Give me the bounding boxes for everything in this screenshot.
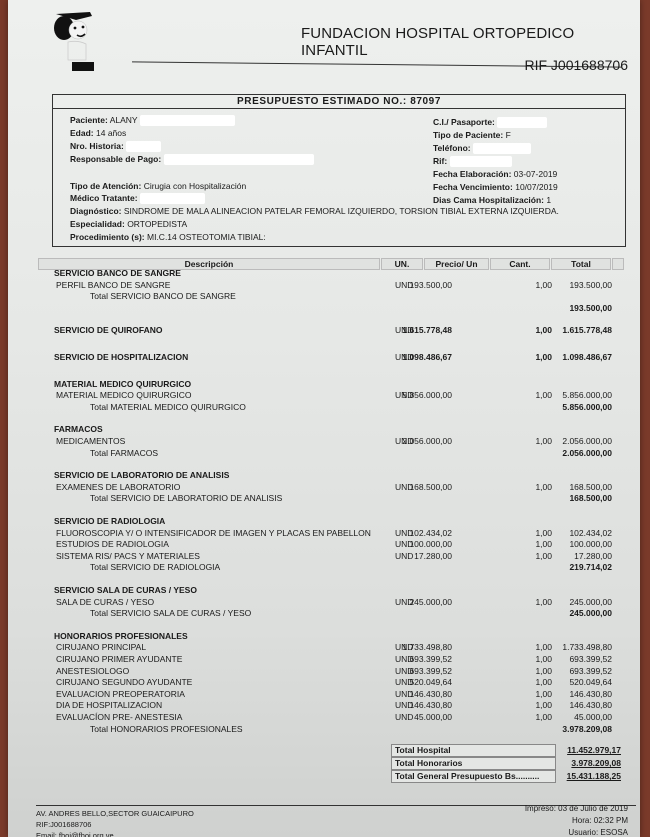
field-procedimiento: Procedimiento (s): MI.C.14 OSTEOTOMIA TI… xyxy=(70,232,266,242)
cell-qty: 1,00 xyxy=(535,539,552,550)
cell-desc: Total SERVICIO DE RADIOLOGIA xyxy=(90,562,220,573)
cell-price: 168.500,00 xyxy=(409,482,452,493)
total-honorarios-value: 3.978.209,08 xyxy=(559,757,621,769)
subtotal-row: Total FARMACOS2.056.000,00 xyxy=(8,448,640,459)
table-row: SALA DE CURAS / YESOUND245.000,001,00245… xyxy=(8,597,640,608)
table-row: FLUOROSCOPIA Y/ O INTENSIFICADOR DE IMAG… xyxy=(8,528,640,539)
cell-total: 168.500,00 xyxy=(569,493,612,504)
section-header: FARMACOS xyxy=(8,424,640,435)
cell-total: 2.056.000,00 xyxy=(562,436,612,447)
cell-qty: 1,00 xyxy=(535,677,552,688)
cell-price: 146.430,80 xyxy=(409,700,452,711)
cell-un: UND xyxy=(395,551,413,562)
cell-desc: Total HONORARIOS PROFESIONALES xyxy=(90,724,243,735)
cell-total: 1.733.498,80 xyxy=(562,642,612,653)
cell-desc: EVALUACÍON PRE- ANESTESIA xyxy=(56,712,182,723)
cell-qty: 1,00 xyxy=(535,482,552,493)
cell-desc: DIA DE HOSPITALIZACION xyxy=(56,700,162,711)
cell-price: 45.000,00 xyxy=(414,712,452,723)
cell-price: 100.000,00 xyxy=(409,539,452,550)
cell-desc: Total SERVICIO SALA DE CURAS / YESO xyxy=(90,608,251,619)
cell-desc: SERVICIO DE LABORATORIO DE ANALISIS xyxy=(54,470,229,481)
subtotal-value-row: 193.500,00 xyxy=(8,303,640,314)
cell-total: 520.049,64 xyxy=(569,677,612,688)
cell-desc: Total MATERIAL MEDICO QUIRURGICO xyxy=(90,402,246,413)
cell-qty: 1,00 xyxy=(535,654,552,665)
field-fecha-vencimiento: Fecha Vencimiento: 10/07/2019 xyxy=(433,182,558,192)
section-header: HONORARIOS PROFESIONALES xyxy=(8,631,640,642)
cell-qty: 1,00 xyxy=(535,528,552,539)
cell-desc: Total FARMACOS xyxy=(90,448,158,459)
section-header: SERVICIO DE LABORATORIO DE ANALISIS xyxy=(8,470,640,481)
cell-desc: MEDICAMENTOS xyxy=(56,436,125,447)
cell-total: 245.000,00 xyxy=(569,608,612,619)
cell-price: 193.500,00 xyxy=(409,280,452,291)
footer-usuario: Usuario: ESOSA xyxy=(568,828,628,837)
cell-total: 146.430,80 xyxy=(569,689,612,700)
section-header: SERVICIO BANCO DE SANGRE xyxy=(8,268,640,279)
field-diagnostico: Diagnóstico: SINDROME DE MALA ALINEACION… xyxy=(70,206,559,216)
cell-desc: PERFIL BANCO DE SANGRE xyxy=(56,280,170,291)
mascot-logo-icon xyxy=(48,8,108,80)
field-tipo-atencion: Tipo de Atención: Cirugia con Hospitaliz… xyxy=(70,181,246,191)
cell-total: 1.615.778,48 xyxy=(562,325,612,336)
cell-un: UND xyxy=(395,712,413,723)
section-line-item: SERVICIO DE HOSPITALIZACIONUND1.098.486,… xyxy=(8,352,640,363)
cell-price: 520.049,64 xyxy=(409,677,452,688)
cell-qty: 1,00 xyxy=(535,597,552,608)
field-paciente: Paciente: ALANY xyxy=(70,115,235,126)
redacted-block xyxy=(140,115,235,126)
table-row: EVALUACION PREOPERATORIAUND146.430,801,0… xyxy=(8,689,640,700)
cell-total: 193.500,00 xyxy=(569,280,612,291)
field-dias-cama: Dias Cama Hospitalización: 1 xyxy=(433,195,551,205)
table-row: SISTEMA RIS/ PACS Y MATERIALESUND17.280,… xyxy=(8,551,640,562)
subtotal-row: Total MATERIAL MEDICO QUIRURGICO5.856.00… xyxy=(8,402,640,413)
total-general-value: 15.431.188,25 xyxy=(559,770,621,782)
field-fecha-elaboracion: Fecha Elaboración: 03-07-2019 xyxy=(433,169,557,179)
cell-desc: EXAMENES DE LABORATORIO xyxy=(56,482,180,493)
section-header: MATERIAL MEDICO QUIRURGICO xyxy=(8,379,640,390)
cell-qty: 1,00 xyxy=(535,352,552,363)
footer-impreso: Impreso: 03 de Julio de 2019 xyxy=(525,804,628,813)
cell-total: 693.399,52 xyxy=(569,654,612,665)
field-edad: Edad: 14 años xyxy=(70,128,126,138)
field-rif: Rif: xyxy=(433,156,512,167)
redacted-block xyxy=(473,143,531,154)
footer-rif: RIF:J001688706 xyxy=(36,820,91,829)
table-row: DIA DE HOSPITALIZACIONUND146.430,801,001… xyxy=(8,700,640,711)
cell-qty: 1,00 xyxy=(535,280,552,291)
cell-qty: 1,00 xyxy=(535,700,552,711)
cell-desc: SERVICIO DE RADIOLOGIA xyxy=(54,516,165,527)
cell-qty: 1,00 xyxy=(535,390,552,401)
cell-qty: 1,00 xyxy=(535,551,552,562)
cell-total: 5.856.000,00 xyxy=(562,390,612,401)
footer-email: Email: fhoi@fhoi.org.ve xyxy=(36,831,114,837)
budget-document: FUNDACION HOSPITAL ORTOPEDICO INFANTIL R… xyxy=(8,0,640,837)
cell-desc: SERVICIO BANCO DE SANGRE xyxy=(54,268,181,279)
table-row: EXAMENES DE LABORATORIOUND168.500,001,00… xyxy=(8,482,640,493)
cell-price: 2.056.000,00 xyxy=(402,436,452,447)
footer-hora: Hora: 02:32 PM xyxy=(572,816,628,825)
field-medico: Médico Tratante: xyxy=(70,193,205,204)
institution-rif: RIF J001688706 xyxy=(524,57,628,73)
cell-total: 168.500,00 xyxy=(569,482,612,493)
cell-qty: 1,00 xyxy=(535,689,552,700)
cell-price: 693.399,52 xyxy=(409,654,452,665)
cell-price: 5.856.000,00 xyxy=(402,390,452,401)
cell-total: 17.280,00 xyxy=(574,551,612,562)
subtotal-row: Total HONORARIOS PROFESIONALES3.978.209,… xyxy=(8,724,640,735)
subtotal-row: Total SERVICIO DE RADIOLOGIA219.714,02 xyxy=(8,562,640,573)
table-row: CIRUJANO PRINCIPALUND1.733.498,801,001.7… xyxy=(8,642,640,653)
section-header: SERVICIO DE RADIOLOGIA xyxy=(8,516,640,527)
document-title: PRESUPUESTO ESTIMADO NO.: 87097 xyxy=(52,94,626,109)
cell-desc: SERVICIO SALA DE CURAS / YESO xyxy=(54,585,197,596)
table-row: ESTUDIOS DE RADIOLOGIAUND100.000,001,001… xyxy=(8,539,640,550)
cell-desc: SISTEMA RIS/ PACS Y MATERIALES xyxy=(56,551,200,562)
cell-desc: ANESTESIOLOGO xyxy=(56,666,129,677)
cell-desc: CIRUJANO SEGUNDO AYUDANTE xyxy=(56,677,192,688)
cell-total: 100.000,00 xyxy=(569,539,612,550)
cell-total: 2.056.000,00 xyxy=(562,448,612,459)
subtotal-row: Total SERVICIO BANCO DE SANGRE xyxy=(8,291,640,302)
cell-total: 1.098.486,67 xyxy=(562,352,612,363)
field-telefono: Teléfono: xyxy=(433,143,531,154)
cell-price: 1.615.778,48 xyxy=(402,325,452,336)
cell-desc: EVALUACION PREOPERATORIA xyxy=(56,689,185,700)
subtotal-row: Total SERVICIO DE LABORATORIO DE ANALISI… xyxy=(8,493,640,504)
cell-desc: MATERIAL MEDICO QUIRURGICO xyxy=(56,390,192,401)
redacted-block xyxy=(450,156,512,167)
cell-desc: FARMACOS xyxy=(54,424,103,435)
redacted-block xyxy=(497,117,547,128)
cell-desc: FLUOROSCOPIA Y/ O INTENSIFICADOR DE IMAG… xyxy=(56,528,371,539)
table-row: CIRUJANO SEGUNDO AYUDANTEUND520.049,641,… xyxy=(8,677,640,688)
cell-desc: HONORARIOS PROFESIONALES xyxy=(54,631,188,642)
cell-qty: 1,00 xyxy=(535,666,552,677)
cell-price: 146.430,80 xyxy=(409,689,452,700)
subtotal-row: Total SERVICIO SALA DE CURAS / YESO245.0… xyxy=(8,608,640,619)
cell-total: 102.434,02 xyxy=(569,528,612,539)
cell-price: 1.098.486,67 xyxy=(402,352,452,363)
cell-price: 17.280,00 xyxy=(414,551,452,562)
patient-info-box: Paciente: ALANY Edad: 14 años Nro. Histo… xyxy=(52,108,626,247)
institution-name: FUNDACION HOSPITAL ORTOPEDICO INFANTIL xyxy=(301,25,640,59)
cell-qty: 1,00 xyxy=(535,642,552,653)
field-especialidad: Especialidad: ORTOPEDISTA xyxy=(70,219,187,229)
cell-desc: Total SERVICIO BANCO DE SANGRE xyxy=(90,291,236,302)
cell-total: 219.714,02 xyxy=(569,562,612,573)
cell-total: 693.399,52 xyxy=(569,666,612,677)
cell-total: 45.000,00 xyxy=(574,712,612,723)
table-row: PERFIL BANCO DE SANGREUND193.500,001,001… xyxy=(8,280,640,291)
footer-address: AV. ANDRES BELLO,SECTOR GUAICAIPURO xyxy=(36,809,194,818)
cell-total: 193.500,00 xyxy=(569,303,612,314)
redacted-block xyxy=(164,154,314,165)
total-hospital-value: 11.452.979,17 xyxy=(559,744,621,756)
cell-desc: Total SERVICIO DE LABORATORIO DE ANALISI… xyxy=(90,493,282,504)
cell-desc: SERVICIO DE QUIROFANO xyxy=(54,325,162,336)
cell-total: 5.856.000,00 xyxy=(562,402,612,413)
cell-desc: SERVICIO DE HOSPITALIZACION xyxy=(54,352,188,363)
cell-desc: CIRUJANO PRIMER AYUDANTE xyxy=(56,654,182,665)
cell-qty: 1,00 xyxy=(535,436,552,447)
redacted-block xyxy=(126,141,161,152)
cell-total: 146.430,80 xyxy=(569,700,612,711)
cell-total: 245.000,00 xyxy=(569,597,612,608)
cell-qty: 1,00 xyxy=(535,712,552,723)
redacted-block xyxy=(140,193,205,204)
cell-desc: CIRUJANO PRINCIPAL xyxy=(56,642,146,653)
table-row: EVALUACÍON PRE- ANESTESIAUND45.000,001,0… xyxy=(8,712,640,723)
cell-desc: MATERIAL MEDICO QUIRURGICO xyxy=(54,379,191,390)
cell-price: 102.434,02 xyxy=(409,528,452,539)
table-row: MEDICAMENTOSUND2.056.000,001,002.056.000… xyxy=(8,436,640,447)
cell-desc: SALA DE CURAS / YESO xyxy=(56,597,154,608)
section-line-item: SERVICIO DE QUIROFANOUND1.615.778,481,00… xyxy=(8,325,640,336)
field-tipo-paciente: Tipo de Paciente: F xyxy=(433,130,511,140)
cell-total: 3.978.209,08 xyxy=(562,724,612,735)
cell-desc: ESTUDIOS DE RADIOLOGIA xyxy=(56,539,169,550)
field-responsable: Responsable de Pago: xyxy=(70,154,314,165)
table-row: CIRUJANO PRIMER AYUDANTEUND693.399,521,0… xyxy=(8,654,640,665)
cell-price: 1.733.498,80 xyxy=(402,642,452,653)
section-header: SERVICIO SALA DE CURAS / YESO xyxy=(8,585,640,596)
field-ci: C.I./ Pasaporte: xyxy=(433,117,547,128)
cell-price: 693.399,52 xyxy=(409,666,452,677)
cell-qty: 1,00 xyxy=(535,325,552,336)
table-row: MATERIAL MEDICO QUIRURGICOUND5.856.000,0… xyxy=(8,390,640,401)
table-row: ANESTESIOLOGOUND693.399,521,00693.399,52 xyxy=(8,666,640,677)
field-historia: Nro. Historia: xyxy=(70,141,161,152)
cell-price: 245.000,00 xyxy=(409,597,452,608)
